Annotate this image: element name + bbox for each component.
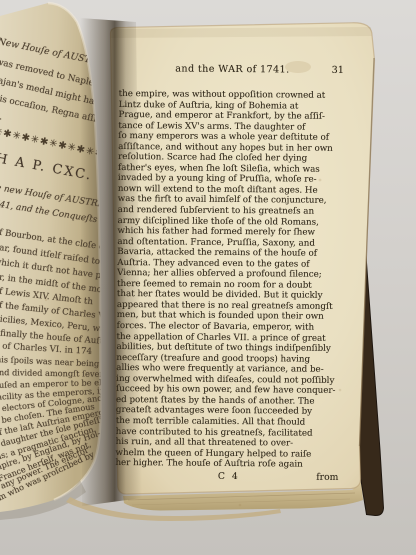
catchword: from [316,471,338,482]
right-page-header: and the WAR of 1741. 31 [119,58,346,87]
left-text-line: d. [0,111,3,123]
right-page-body: the empire, was without oppoſition crown… [115,89,345,471]
left-page: New Houſe of AUSTRIA,was removed to Napl… [0,0,104,545]
right-text-line: her higher. The houſe of Auſtria roſe ag… [115,458,342,471]
running-title: and the WAR of 1741. [119,63,346,76]
right-page: and the WAR of 1741. 31 the empire, was … [115,58,346,484]
page-number: 31 [332,65,344,76]
signature-mark: C 4 [218,471,240,482]
left-page-lines: New Houſe of AUSTRIA,was removed to Napl… [0,0,104,545]
left-text-line: H A P. CXC. [0,151,94,184]
right-page-footer: C 4 from [115,470,342,484]
book-photo-stage: New Houſe of AUSTRIA,was removed to Napl… [0,0,416,555]
